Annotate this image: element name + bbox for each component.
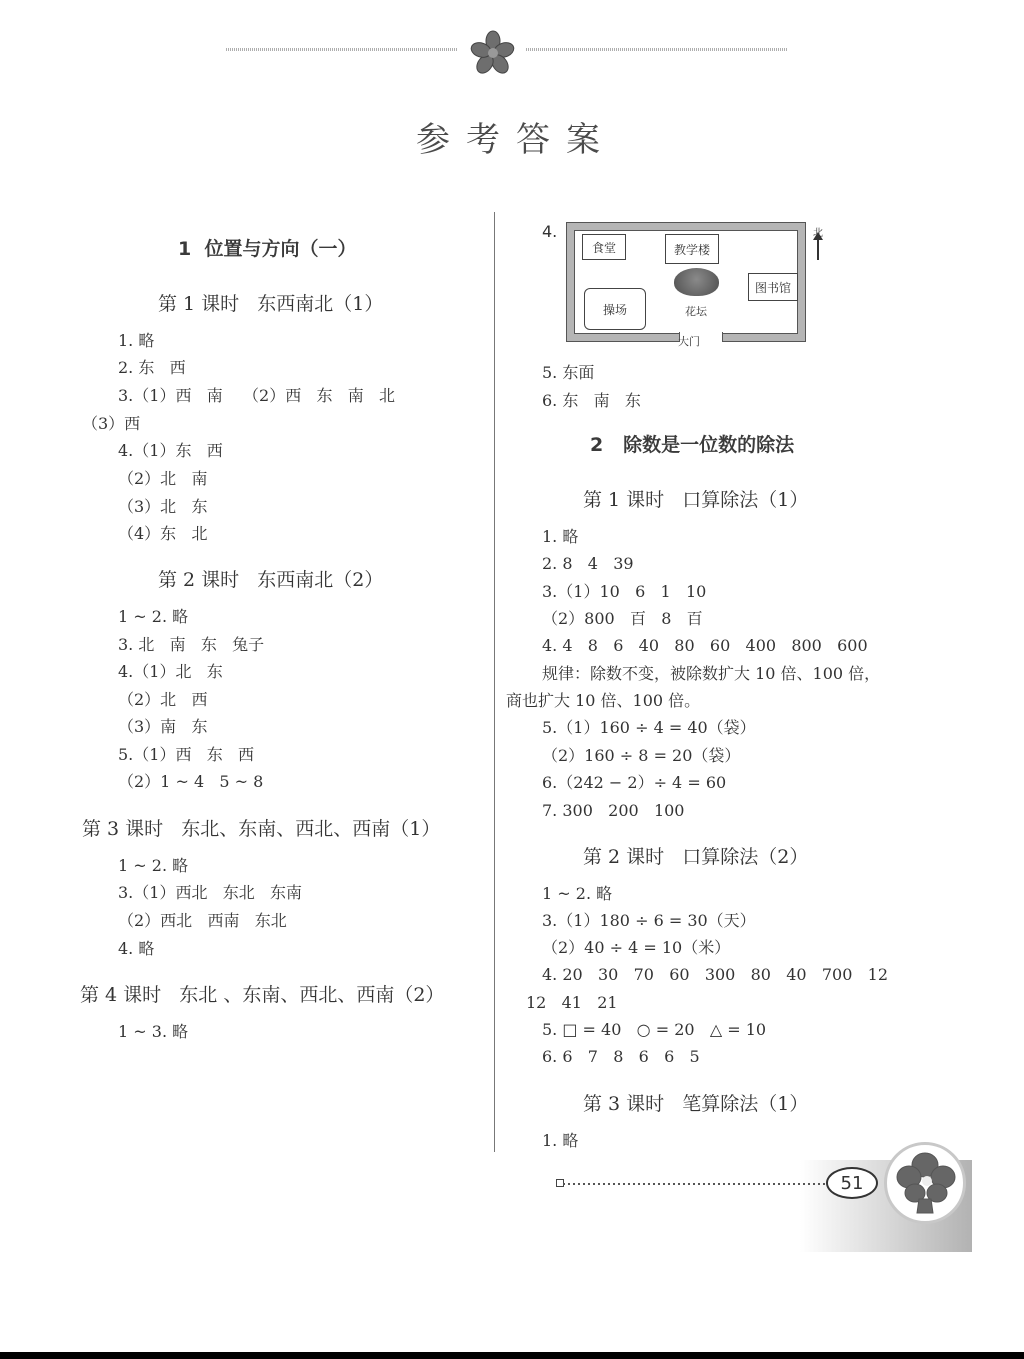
answer-line: 6. 6 7 8 6 6 5 bbox=[542, 1047, 700, 1067]
answer-line: （2）1 ~ 4 5 ~ 8 bbox=[118, 772, 263, 792]
lesson-2-title-right: 第 2 课时 口算除法（2） bbox=[583, 842, 808, 869]
flower-icon bbox=[884, 1142, 966, 1224]
flowerbed-icon bbox=[674, 268, 719, 296]
page-number: 51 bbox=[826, 1167, 878, 1199]
answer-line: （3）南 东 bbox=[118, 717, 207, 737]
answer-line: 4. 20 30 70 60 300 80 40 700 12 bbox=[542, 965, 888, 985]
answer-line: （2）西北 西南 东北 bbox=[118, 911, 287, 931]
map-interior: 食堂 教学楼 图书馆 操场 花坛 bbox=[574, 230, 798, 334]
answer-line: 1. 略 bbox=[542, 527, 578, 547]
answer-line: 1 ~ 2. 略 bbox=[118, 607, 188, 627]
answer-line: 5.（1）西 东 西 bbox=[118, 745, 254, 765]
answer-line: （2）北 西 bbox=[118, 690, 207, 710]
answer-line: 4. 4 8 6 40 80 60 400 800 600 bbox=[542, 636, 868, 656]
answer-line: （2）40 ÷ 4 = 10（米） bbox=[542, 938, 730, 958]
answer-line: 2. 8 4 39 bbox=[542, 554, 634, 574]
answer-line: 商也扩大 10 倍、100 倍。 bbox=[506, 691, 700, 711]
answer-line: （2）北 南 bbox=[118, 469, 207, 489]
answer-line: （3）西 bbox=[82, 414, 140, 434]
answer-line: 3. 北 南 东 兔子 bbox=[118, 635, 264, 655]
lesson-1-title-right: 第 1 课时 口算除法（1） bbox=[583, 485, 808, 512]
answer-line: 5. 东面 bbox=[542, 363, 594, 383]
footer-dotted-rule bbox=[563, 1183, 827, 1185]
answer-line: 1. 略 bbox=[542, 1131, 578, 1151]
lesson-2-title: 第 2 课时 东西南北（2） bbox=[158, 565, 383, 592]
page-title: 参考答案 bbox=[0, 112, 1016, 161]
answer-line: （2）800 百 8 百 bbox=[542, 609, 703, 629]
answer-line: 规律：除数不变，被除数扩大 10 倍、100 倍， bbox=[542, 664, 880, 684]
map-canteen: 食堂 bbox=[582, 234, 626, 260]
lesson-3-title: 第 3 课时 东北、东南、西北、西南（1） bbox=[82, 814, 440, 841]
map-teaching-building: 教学楼 bbox=[665, 234, 719, 264]
question-number: 4. bbox=[542, 222, 557, 242]
column-divider bbox=[494, 212, 495, 1152]
answer-line: （2）160 ÷ 8 = 20（袋） bbox=[542, 746, 740, 766]
answer-line: 4.（1）北 东 bbox=[118, 662, 223, 682]
campus-map: 食堂 教学楼 图书馆 操场 花坛 bbox=[566, 222, 806, 342]
answer-line: 1 ~ 2. 略 bbox=[542, 884, 612, 904]
answer-line: （4）东 北 bbox=[118, 524, 207, 544]
unit-2-title: 2 除数是一位数的除法 bbox=[590, 430, 794, 457]
answer-line: 3.（1）西 南 （2）西 东 南 北 bbox=[118, 386, 395, 406]
answer-line: 1 ~ 2. 略 bbox=[118, 856, 188, 876]
north-arrow-icon bbox=[817, 238, 819, 260]
answer-line: 3.（1）180 ÷ 6 = 30（天） bbox=[542, 911, 756, 931]
answer-line: 5. □ = 40 ○ = 20 △ = 10 bbox=[542, 1020, 766, 1040]
answer-line: 12 41 21 bbox=[526, 993, 618, 1013]
map-playground: 操场 bbox=[584, 288, 646, 330]
answer-line: 5.（1）160 ÷ 4 = 40（袋） bbox=[542, 718, 756, 738]
answer-line: 1 ~ 3. 略 bbox=[118, 1022, 188, 1042]
map-library: 图书馆 bbox=[748, 273, 798, 301]
answer-line: 6. 东 南 东 bbox=[542, 391, 641, 411]
unit-1-title: 1 位置与方向（一） bbox=[178, 234, 356, 261]
answer-line: 4. 略 bbox=[118, 939, 154, 959]
header-rule-right bbox=[526, 48, 788, 51]
flower-icon bbox=[470, 30, 516, 76]
answer-line: 3.（1）10 6 1 10 bbox=[542, 582, 706, 602]
answer-line: 6.（242 − 2）÷ 4 = 60 bbox=[542, 773, 726, 793]
answer-line: 2. 东 西 bbox=[118, 358, 186, 378]
answer-line: 3.（1）西北 东北 东南 bbox=[118, 883, 302, 903]
answer-line: （3）北 东 bbox=[118, 497, 207, 517]
header-rule-left bbox=[226, 48, 458, 51]
lesson-3-title-right: 第 3 课时 笔算除法（1） bbox=[583, 1089, 808, 1116]
map-flowerbed-label: 花坛 bbox=[685, 303, 707, 319]
bottom-bar bbox=[0, 1352, 1024, 1359]
answer-line: 7. 300 200 100 bbox=[542, 801, 684, 821]
lesson-4-title: 第 4 课时 东北 、东南、西北、西南（2） bbox=[80, 980, 444, 1007]
lesson-1-title: 第 1 课时 东西南北（1） bbox=[158, 289, 383, 316]
map-gate-label: 大门 bbox=[678, 333, 700, 349]
answer-line: 4.（1）东 西 bbox=[118, 441, 223, 461]
answer-line: 1. 略 bbox=[118, 331, 154, 351]
